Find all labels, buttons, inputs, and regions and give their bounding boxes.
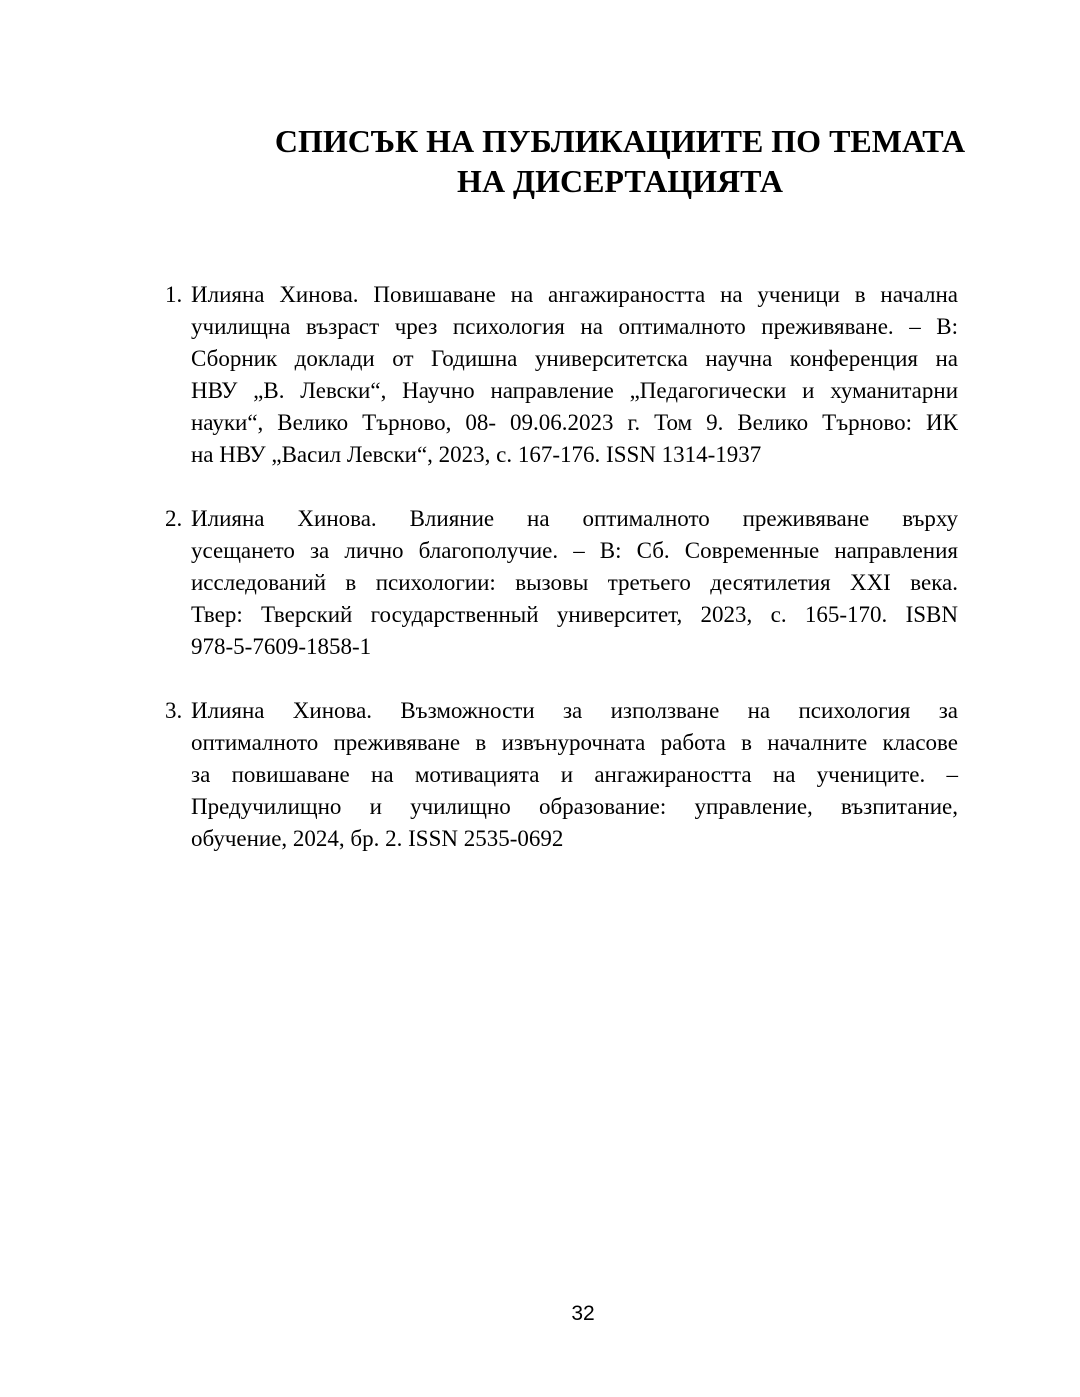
publication-line: на НВУ „Васил Левски“, 2023, с. 167-176.… [191,439,958,471]
publication-number: 2. [165,503,191,663]
publication-line: исследований в психологии: вызовы третье… [191,567,958,599]
publication-item: 3.Илияна Хинова. Възможности за използва… [165,695,958,855]
publication-text: Илияна Хинова. Влияние на оптималното пр… [191,503,958,663]
document-page: СПИСЪК НА ПУБЛИКАЦИИТЕ ПО ТЕМАТА НА ДИСЕ… [0,0,1080,1397]
publication-line: Сборник доклади от Годишна университетск… [191,343,958,375]
publication-line: науки“, Велико Търново, 08- 09.06.2023 г… [191,407,958,439]
publication-line: училищна възраст чрез психология на опти… [191,311,958,343]
publication-line: Твер: Тверский государственный университ… [191,599,958,631]
publication-line: Илияна Хинова. Възможности за използване… [191,695,958,727]
publication-item: 2.Илияна Хинова. Влияние на оптималното … [165,503,958,663]
page-title: СПИСЪК НА ПУБЛИКАЦИИТЕ ПО ТЕМАТА НА ДИСЕ… [160,121,1080,201]
page-title-line-2: НА ДИСЕРТАЦИЯТА [160,161,1080,201]
publication-text: Илияна Хинова. Повишаване на ангажиранос… [191,279,958,471]
publication-number: 1. [165,279,191,471]
publication-line: 978-5-7609-1858-1 [191,631,958,663]
publication-line: НВУ „В. Левски“, Научно направление „Пед… [191,375,958,407]
publication-line: Предучилищно и училищно образование: упр… [191,791,958,823]
publication-number: 3. [165,695,191,855]
publication-line: Илияна Хинова. Влияние на оптималното пр… [191,503,958,535]
publication-item: 1.Илияна Хинова. Повишаване на ангажиран… [165,279,958,471]
page-title-line-1: СПИСЪК НА ПУБЛИКАЦИИТЕ ПО ТЕМАТА [160,121,1080,161]
publication-text: Илияна Хинова. Възможности за използване… [191,695,958,855]
publication-list: 1.Илияна Хинова. Повишаване на ангажиран… [165,279,958,887]
publication-line: Илияна Хинова. Повишаване на ангажиранос… [191,279,958,311]
publication-line: обучение, 2024, бр. 2. ISSN 2535-0692 [191,823,958,855]
page-number: 32 [165,1301,1001,1327]
publication-line: оптималното преживяване в извънурочната … [191,727,958,759]
publication-line: за повишаване на мотивацията и ангажиран… [191,759,958,791]
publication-line: усещането за лично благополучие. – В: Сб… [191,535,958,567]
